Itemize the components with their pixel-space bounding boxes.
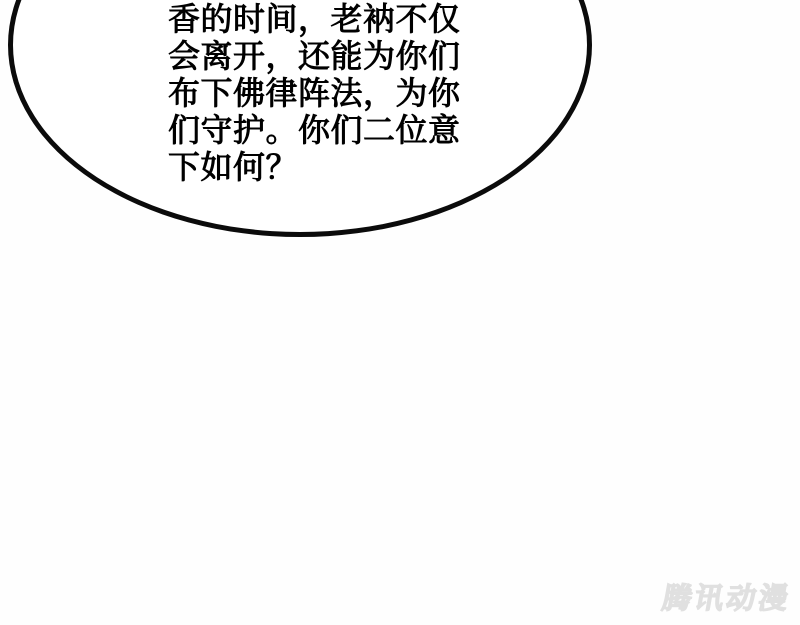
speech-line: 下如何？ — [168, 149, 480, 186]
speech-line: 们守护。你们二位意 — [168, 112, 480, 149]
speech-bubble-text: 香的时间，老衲不仅 会离开，还能为你们 布下佛律阵法，为你 们守护。你们二位意 … — [168, 1, 480, 186]
speech-line: 会离开，还能为你们 — [168, 38, 480, 75]
tencent-comics-watermark: 腾讯动漫 — [659, 576, 794, 617]
speech-line: 香的时间，老衲不仅 — [168, 1, 480, 38]
comic-panel: 香的时间，老衲不仅 会离开，还能为你们 布下佛律阵法，为你 们守护。你们二位意 … — [0, 0, 800, 625]
speech-line: 布下佛律阵法，为你 — [168, 75, 480, 112]
